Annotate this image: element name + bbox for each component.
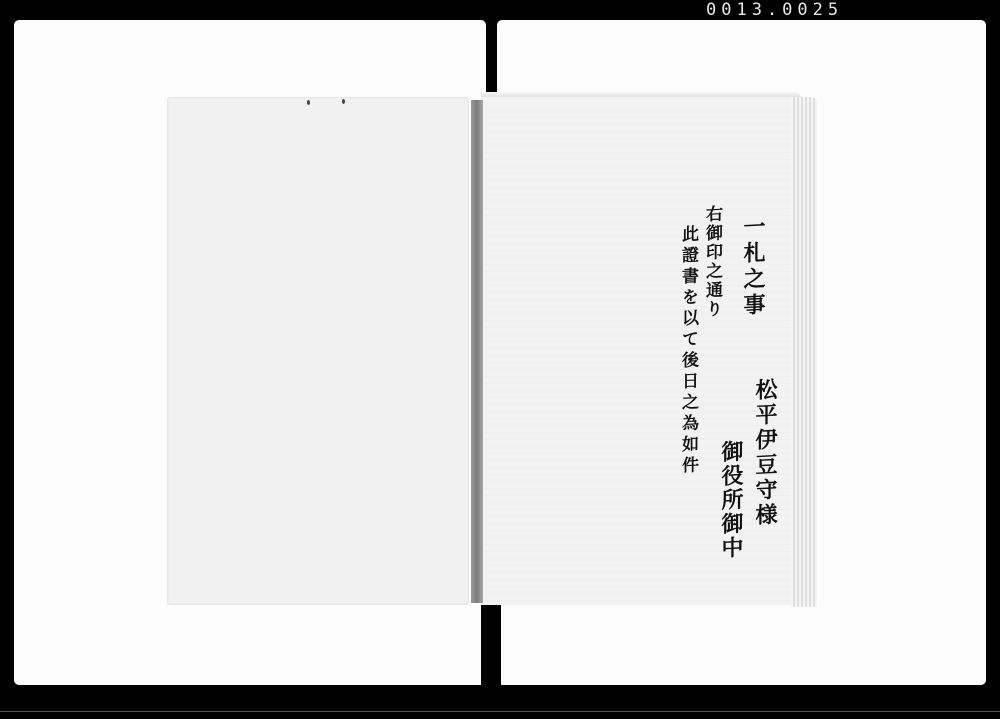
handwritten-column-3: 此證書を以て後日之為如件 xyxy=(676,224,701,477)
handwritten-column-5: 御役所御中 xyxy=(716,439,747,561)
handwritten-column-1: 一札之事 xyxy=(738,214,769,320)
gutter-separator-top xyxy=(486,0,497,97)
handwritten-column-2: 右御印之通り xyxy=(700,204,725,319)
page-stack-edge xyxy=(791,97,817,607)
handwritten-column-4: 松平伊豆守様 xyxy=(750,377,781,529)
ink-speck xyxy=(307,100,310,105)
ink-speck xyxy=(342,99,345,104)
book-spine-shadow xyxy=(471,100,483,603)
film-frame-number: 0013.0025 xyxy=(706,0,843,20)
left-page-blank xyxy=(167,97,469,605)
film-edge-line xyxy=(0,711,1000,712)
gutter-separator-bottom xyxy=(481,604,501,719)
